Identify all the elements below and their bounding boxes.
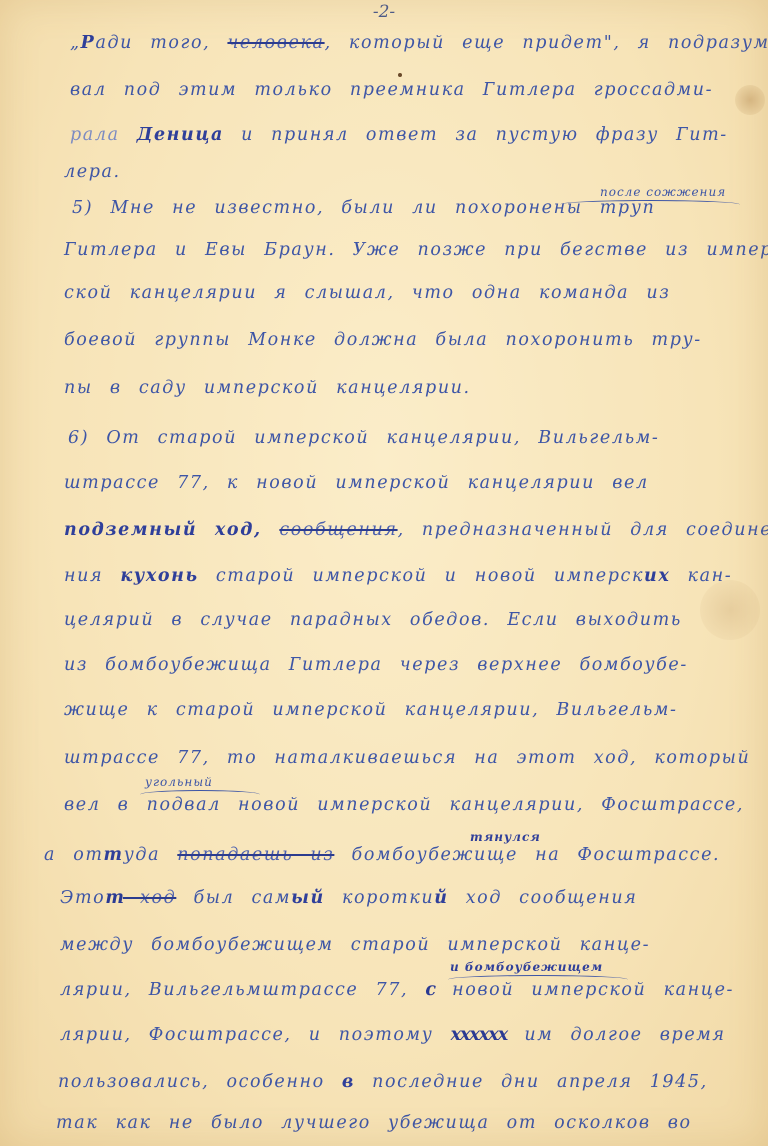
ink-speck	[398, 73, 402, 77]
text-line-19: а оттуда попадаешь из бомбоубежище на Фо…	[44, 845, 768, 865]
interlinear-insert: угольный	[145, 775, 213, 789]
text-line-25: так как не было лучшего убежища от оскол…	[56, 1113, 768, 1133]
text-line-12: подземный ход, сообщения, предназначенны…	[64, 520, 768, 540]
text-line-23: лярии, Фосштрассе, и поэтому хххххх им д…	[60, 1025, 768, 1045]
text-line-7: ской канцелярии я слышал, что одна коман…	[64, 283, 768, 303]
struck-word: человека	[227, 33, 324, 53]
text-line-3: рала Деница и принял ответ за пустую фра…	[70, 125, 768, 145]
page-number: -2-	[0, 2, 768, 22]
text-line-13: ния кухонь старой имперской и новой импе…	[64, 566, 768, 586]
text-line-10: 6) От старой имперской канцелярии, Вильг…	[68, 428, 768, 448]
text-line-17: штрассе 77, то наталкиваешься на этот хо…	[64, 748, 768, 768]
struck-word: сообщения	[279, 520, 397, 540]
text-line-8: боевой группы Монке должна была похорони…	[64, 330, 768, 350]
text-line-24: пользовались, особенно в последние дни а…	[58, 1072, 768, 1092]
struck-word: попадаешь из	[177, 845, 334, 865]
text-line-9: пы в саду имперской канцелярии.	[64, 378, 768, 398]
text-line-18: вел в подвал новой имперской канцелярии,…	[64, 795, 768, 815]
text-line-14: целярий в случае парадных обедов. Если в…	[64, 610, 768, 630]
text-line-22: лярии, Вильгельмштрассе 77, с новой импе…	[60, 980, 768, 1000]
scribbled-out-word: хххххх	[451, 1025, 508, 1045]
text-line-4: лера.	[64, 162, 768, 182]
text-line-5: 5) Мне не известно, были ли похоронены т…	[72, 198, 768, 218]
text-line-15: из бомбоубежища Гитлера через верхнее бо…	[64, 655, 768, 675]
text-line-1: „Ради того, человека, который еще придет…	[70, 33, 768, 53]
text-line-2: вал под этим только преемника Гитлера гр…	[70, 80, 768, 100]
interlinear-insert: после сожжения	[600, 185, 726, 199]
interlinear-insert: тянулся	[470, 830, 541, 844]
text-line-16: жище к старой имперской канцелярии, Виль…	[64, 700, 768, 720]
document-page: -2- „Ради того, человека, который еще пр…	[0, 0, 768, 1146]
text-line-11: штрассе 77, к новой имперской канцелярии…	[64, 473, 768, 493]
interlinear-insert: и бомбоубежищем	[450, 960, 603, 974]
text-line-20: Этот ход был самый короткий ход сообщени…	[60, 888, 768, 908]
text-line-6: Гитлера и Евы Браун. Уже позже при бегст…	[64, 240, 768, 260]
text-line-21: между бомбоубежищем старой имперской кан…	[60, 935, 768, 955]
struck-word: ход	[123, 888, 176, 908]
